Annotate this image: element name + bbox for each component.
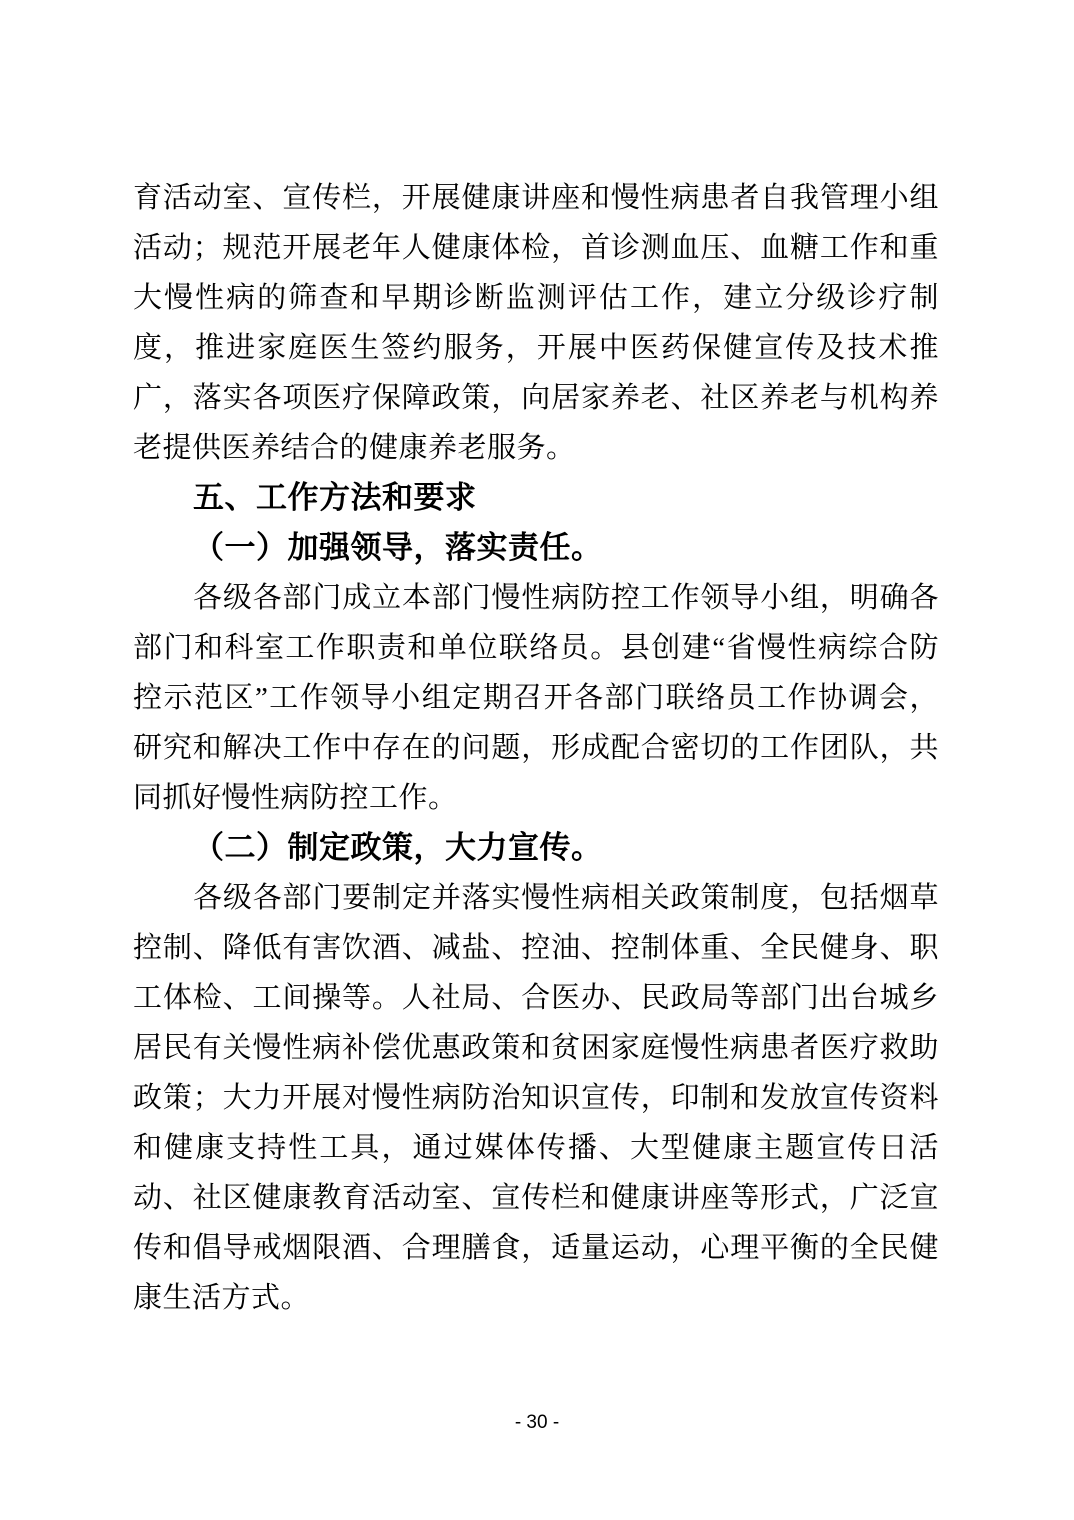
paragraph-line: 同抓好慢性病防控工作。 [133,773,939,823]
paragraph-line: 工体检、工间操等。人社局、合医办、民政局等部门出台城乡 [133,973,939,1023]
document-page: 育活动室、宣传栏，开展健康讲座和慢性病患者自我管理小组 活动；规范开展老年人健康… [0,0,1074,1520]
paragraph-line: 育活动室、宣传栏，开展健康讲座和慢性病患者自我管理小组 [133,173,939,223]
paragraph-line: 控示范区”工作领导小组定期召开各部门联络员工作协调会， [133,673,939,723]
page-number: - 30 - [0,1410,1074,1436]
paragraph-line: 度，推进家庭医生签约服务，开展中医药保健宣传及技术推 [133,323,939,373]
paragraph-line: 各级各部门要制定并落实慢性病相关政策制度，包括烟草 [133,873,939,923]
paragraph-line: 研究和解决工作中存在的问题，形成配合密切的工作团队，共 [133,723,939,773]
section-heading: 五、工作方法和要求 [133,473,939,523]
paragraph-line: 康生活方式。 [133,1273,939,1323]
paragraph-line: 政策；大力开展对慢性病防治知识宣传，印制和发放宣传资料 [133,1073,939,1123]
subsection-heading: （二）制定政策，大力宣传。 [133,823,939,873]
paragraph-line: 老提供医养结合的健康养老服务。 [133,423,939,473]
paragraph-line: 部门和科室工作职责和单位联络员。县创建“省慢性病综合防 [133,623,939,673]
paragraph-line: 活动；规范开展老年人健康体检，首诊测血压、血糖工作和重 [133,223,939,273]
paragraph-line: 动、社区健康教育活动室、宣传栏和健康讲座等形式，广泛宣 [133,1173,939,1223]
subsection-heading: （一）加强领导，落实责任。 [133,523,939,573]
paragraph-line: 控制、降低有害饮酒、减盐、控油、控制体重、全民健身、职 [133,923,939,973]
paragraph-line: 广，落实各项医疗保障政策，向居家养老、社区养老与机构养 [133,373,939,423]
paragraph-line: 大慢性病的筛查和早期诊断监测评估工作，建立分级诊疗制 [133,273,939,323]
paragraph-line: 和健康支持性工具，通过媒体传播、大型健康主题宣传日活 [133,1123,939,1173]
document-body: 育活动室、宣传栏，开展健康讲座和慢性病患者自我管理小组 活动；规范开展老年人健康… [133,173,939,1323]
paragraph-line: 传和倡导戒烟限酒、合理膳食，适量运动，心理平衡的全民健 [133,1223,939,1273]
paragraph-line: 各级各部门成立本部门慢性病防控工作领导小组，明确各 [133,573,939,623]
paragraph-line: 居民有关慢性病补偿优惠政策和贫困家庭慢性病患者医疗救助 [133,1023,939,1073]
